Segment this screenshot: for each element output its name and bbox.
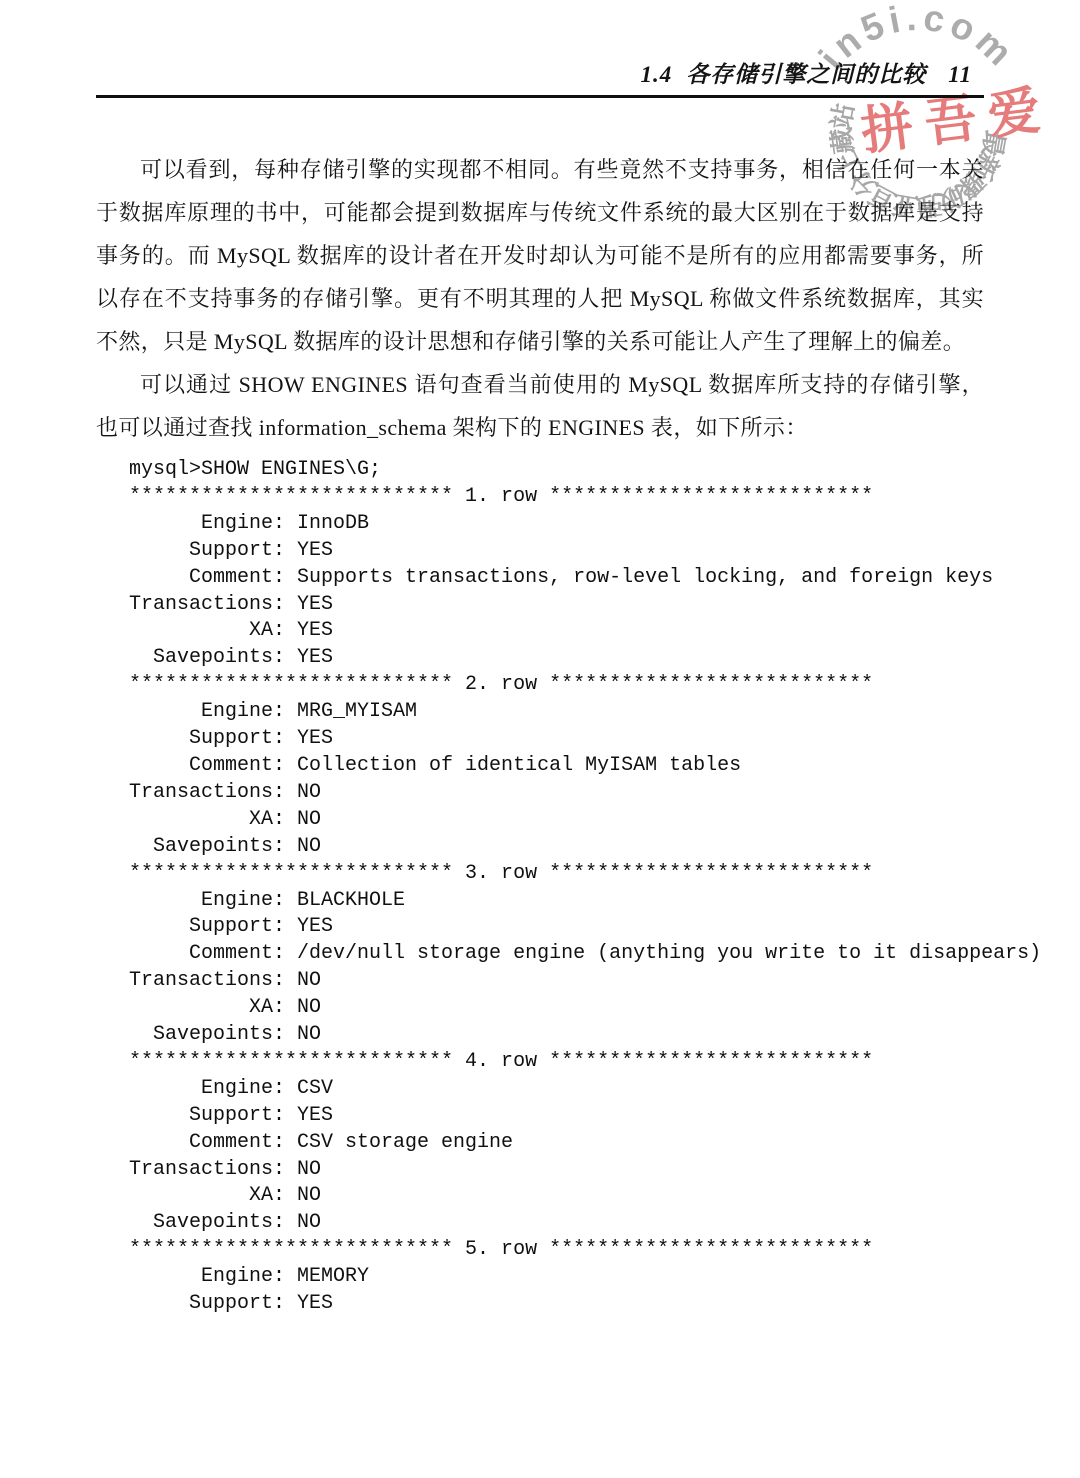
mysql-show-engines-output: mysql>SHOW ENGINES\G; ******************… xyxy=(129,457,984,1318)
running-head: 1.4各存储引擎之间的比较11 xyxy=(96,0,984,89)
paragraph-engines-differ: 可以看到，每种存储引擎的实现都不相同。有些竟然不支持事务，相信在任何一本关于数据… xyxy=(96,148,984,363)
paragraph-show-engines-intro: 可以通过 SHOW ENGINES 语句查看当前使用的 MySQL 数据库所支持… xyxy=(96,363,984,449)
header-rule xyxy=(96,95,984,98)
page-number: 11 xyxy=(948,62,972,87)
section-number: 1.4 xyxy=(641,62,673,87)
section-title: 各存储引擎之间的比较 xyxy=(686,62,926,87)
book-page: in5i.com 站藏上分亘亚强破骤新最 拼吾爱 1.4各存储引擎之间的比较11… xyxy=(0,0,1080,1478)
page-content: 1.4各存储引擎之间的比较11 可以看到，每种存储引擎的实现都不相同。有些竟然不… xyxy=(96,0,984,1318)
